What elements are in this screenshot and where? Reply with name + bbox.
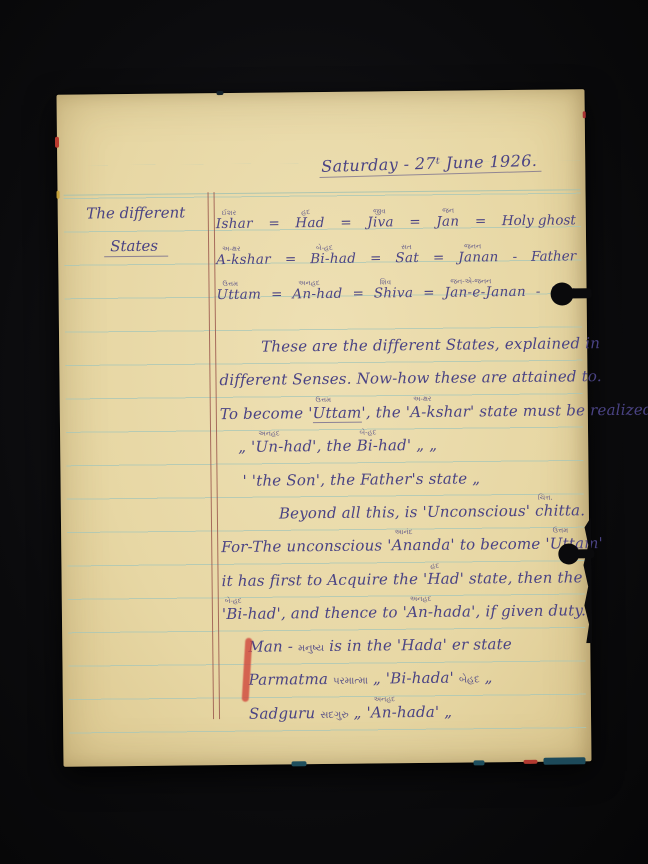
paint-speck (583, 111, 586, 118)
annotated-term: જન-એ-જનનJan-e-Janan (444, 278, 526, 300)
gujarati-annotation: ઉત્તમ (315, 397, 331, 404)
text-segment: ' „ (435, 702, 452, 720)
gujarati-annotation: હદ (301, 209, 310, 216)
gujarati-annotation: જીવ (373, 209, 386, 216)
term-text: Un-had (255, 438, 312, 457)
gujarati-annotation: ઈશર (222, 210, 236, 217)
annotated-term: જનJan (436, 208, 459, 229)
handwritten-line: Sadguru સદગુરુ „ 'અનહદAn-hada' „ (223, 694, 587, 731)
equals-sign: = (409, 215, 420, 229)
annotated-term: ઉત્તમUttam (312, 404, 361, 423)
term-text: An-had (292, 287, 342, 302)
notebook-page: Saturday - 27ᵗ June 1926. The different … (56, 89, 591, 766)
gujarati-annotation: અ-ક્ષર (222, 245, 241, 252)
term-text: An-hada (407, 603, 471, 622)
equals-sign: = (271, 287, 282, 301)
term-text: A-kshar (410, 402, 470, 421)
text-segment: ' to become ' (450, 535, 549, 554)
annotated-term: જનનJanan (458, 243, 499, 265)
handwritten-line: „ 'અનહદUn-had', the બે-હદBi-had' „ „ (220, 428, 584, 465)
annotated-term: આનંદAnanda (392, 536, 451, 555)
text-segment: different Senses. Now-how these are atta… (219, 367, 602, 389)
text-segment: To become ' (220, 404, 313, 423)
term-text: Shiva (374, 286, 414, 301)
term-text: Jan-e-Janan (444, 285, 526, 300)
text-segment: „ (480, 669, 493, 687)
equals-sign: = (340, 216, 351, 230)
gujarati-annotation: જનન (464, 243, 481, 250)
annotated-term: ઈશરIshar (216, 210, 253, 232)
annotated-term: જીવJiva (367, 208, 394, 229)
margin-note-line2: States (104, 237, 168, 258)
text-segment: „ ' (238, 438, 255, 456)
term-text: Bi-had' (357, 436, 412, 455)
term-text: Bi-had (310, 251, 356, 266)
text-segment: is in the 'Hada' er state (324, 635, 512, 655)
handwritten-line: બે-હદ'Bi-had', and thence to 'અનહદAn-had… (222, 594, 586, 631)
annotated-term: અનહદAn-hada (407, 603, 471, 622)
paragraph-states-explained: These are the different States, explaine… (219, 327, 584, 398)
equals-sign: = (285, 252, 296, 266)
gujarati-annotation: અનહદ (410, 596, 432, 603)
annotated-term: અનહદAn-hada (371, 703, 435, 722)
text-segment: Beyond all this, is 'Unconscious' (279, 502, 535, 523)
equals-sign: Holy ghost (502, 214, 576, 229)
paragraph-man-parmatma-sadguru: Man - મનુષ્ય is in the 'Hada' er statePa… (222, 627, 587, 731)
equals-sign: = (423, 286, 434, 300)
annotated-term: બે-હદ'Bi-had' (222, 605, 281, 624)
handwritten-line: different Senses. Now-how these are atta… (219, 361, 583, 398)
paint-speck (543, 757, 585, 764)
text-segment: These are the different States, explaine… (261, 334, 600, 356)
term-text: Janan (458, 250, 499, 265)
equals-sign: = (475, 215, 486, 229)
equivalence-row: અ-ક્ષરA-kshar=બે-હદBi-had=સતSat=જનનJanan… (216, 230, 578, 269)
equivalence-row: ઉત્તમUttam=અનહદAn-had=શિવShiva=જન-એ-જનનJ… (216, 265, 578, 304)
text-segment: ', if given duty. (471, 601, 586, 620)
gujarati-annotation: ઉત્તમ (553, 528, 569, 535)
paragraph-attainment: To become 'ઉત્તમUttam', the 'અ-ક્ષરA-ksh… (220, 394, 585, 498)
annotated-term: અ-ક્ષરA-kshar (216, 245, 271, 267)
annotated-term: અ-ક્ષરA-kshar (410, 402, 470, 421)
equivalence-row: ઈશરIshar=હદHad=જીવJiva=જનJan=Holy ghost (216, 194, 578, 233)
term-text: Jiva (367, 215, 394, 229)
equals-sign: - (513, 250, 518, 264)
equals-sign: = (370, 251, 381, 265)
paint-speck (57, 191, 60, 199)
text-segment: ' 'the Son', the Father's state „ (242, 469, 480, 489)
gujarati-annotation: શિવ (380, 279, 391, 286)
gujarati-annotation: આનંદ (395, 529, 413, 536)
annotated-term: બે-હદBi-had (310, 244, 356, 266)
term-text: Ishar (216, 217, 253, 232)
annotated-term: અનહદUn-had (255, 438, 312, 457)
term-text: 'Bi-had' (222, 605, 281, 624)
date-heading: Saturday - 27ᵗ June 1926. (319, 151, 542, 178)
gujarati-annotation: જન-એ-જનન (450, 278, 491, 285)
punch-hole-top-slot (562, 288, 592, 298)
handwritten-line: Parmatma પરમાત્મા „ 'Bi-hada' બેહદ „ (222, 661, 586, 698)
text-segment: ' state, then the (460, 568, 583, 587)
text-segment: „ „ (411, 436, 437, 454)
gujarati-inline-text: પરમાત્મા (333, 676, 368, 687)
gujarati-inline-text: સદગુરુ (320, 710, 348, 721)
equivalence-table: ઈશરIshar=હદHad=જીવJiva=જનJan=Holy ghostઅ… (216, 194, 579, 304)
gujarati-annotation: બે-હદ (316, 245, 333, 252)
text-segment: it has first to Acquire the ' (222, 570, 428, 590)
paint-speck (216, 91, 223, 95)
text-segment: ' state must be realized (470, 401, 648, 421)
photo-background: Saturday - 27ᵗ June 1926. The different … (0, 0, 648, 864)
handwritten-line: Man - મનુષ્ય is in the 'Hada' er state (222, 627, 586, 664)
term-text: Had (427, 569, 459, 587)
handwritten-line: These are the different States, explaine… (219, 327, 583, 364)
paint-speck (528, 760, 537, 764)
equals-sign: - (536, 285, 541, 299)
annotated-term: ચિત્ત.chitta. (535, 501, 585, 520)
paint-speck (55, 137, 59, 148)
annotated-term: સતSat (395, 244, 419, 265)
text-segment: Man - (248, 637, 298, 656)
text-segment: For-The unconscious ' (221, 537, 392, 557)
term-text: Ananda (392, 536, 451, 555)
handwritten-line: ' 'the Son', the Father's state „ (220, 461, 584, 498)
handwritten-line: For-The unconscious 'આનંદAnanda' to beco… (221, 528, 585, 565)
gujarati-annotation: અ-ક્ષર (413, 396, 432, 403)
text-segment: „ ' (349, 703, 371, 721)
text-segment: „ 'Bi-hada' (368, 669, 459, 688)
annotated-term: બે-હદBi-had' (357, 436, 412, 455)
annotated-term: હદHad (295, 209, 325, 230)
gujarati-annotation: ઉત્તમ (222, 281, 238, 288)
gujarati-annotation: જન (442, 208, 454, 215)
equals-sign: = (268, 217, 279, 231)
annotated-term: શિવShiva (374, 279, 414, 301)
margin-note-line1: The different (70, 197, 202, 232)
handwritten-line: it has first to Acquire the 'હદHad' stat… (221, 561, 585, 598)
annotated-term: ઉત્તમUttam (216, 281, 261, 303)
gujarati-annotation: ચિત્ત. (538, 495, 553, 502)
paint-speck (473, 760, 484, 765)
term-text: Jan (436, 215, 459, 229)
gujarati-inline-text: મનુષ્ય (298, 643, 324, 654)
term-text: Uttam (312, 404, 361, 424)
equals-sign: Father (531, 249, 576, 264)
margin-note: The different States (70, 197, 203, 265)
gujarati-annotation: સત (401, 244, 411, 251)
text-segment: Sadguru (249, 704, 320, 723)
paragraph-unconscious: Beyond all this, is 'Unconscious' ચિત્ત.… (221, 494, 586, 631)
handwritten-line: Beyond all this, is 'Unconscious' ચિત્ત.… (221, 494, 585, 531)
term-text: Uttam (217, 288, 262, 303)
gujarati-annotation: હદ (430, 563, 439, 570)
gujarati-inline-text: બેહદ (459, 675, 480, 686)
term-text: Sat (395, 251, 419, 265)
gujarati-annotation: અનહદ (258, 431, 280, 438)
text-segment: Parmatma (249, 670, 334, 689)
text-segment: , and thence to ' (281, 603, 407, 622)
equals-sign: = (433, 250, 444, 264)
annotated-term: અનહદAn-had (292, 280, 342, 302)
text-segment: ', the ' (361, 403, 410, 422)
term-text: An-hada (371, 703, 435, 722)
equals-sign: = (352, 287, 363, 301)
term-text: Had (295, 216, 325, 230)
gujarati-annotation: બે-હદ (225, 598, 242, 605)
term-text: A-kshar (216, 252, 271, 267)
gujarati-annotation: અનહદ (374, 696, 396, 703)
gujarati-annotation: બે-હદ (359, 430, 376, 437)
term-text: chitta. (535, 501, 585, 520)
text-segment: ', the (312, 437, 357, 455)
handwritten-line: To become 'ઉત્તમUttam', the 'અ-ક્ષરA-ksh… (220, 394, 584, 431)
annotated-term: હદHad (427, 569, 459, 587)
paint-speck (291, 761, 306, 766)
gujarati-annotation: અનહદ (298, 280, 320, 287)
